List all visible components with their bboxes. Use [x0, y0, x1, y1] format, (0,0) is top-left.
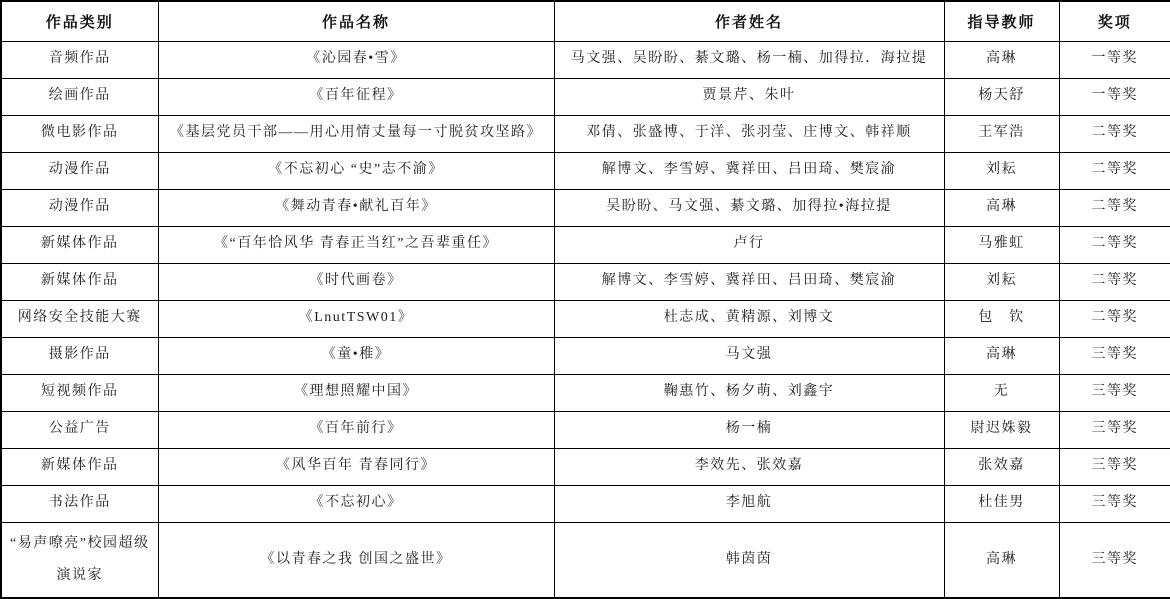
table-row: 书法作品《不忘初心》李旭航杜佳男三等奖 [1, 485, 1170, 522]
table-row: 音频作品《沁园春•雪》马文强、吴盼盼、綦文璐、杨一楠、加得拉．海拉提高琳一等奖 [1, 41, 1170, 78]
table-cell: 短视频作品 [1, 374, 158, 411]
table-cell: 二等奖 [1059, 189, 1170, 226]
table-cell: 新媒体作品 [1, 226, 158, 263]
table-row: 微电影作品《基层党员干部——用心用情丈量每一寸脱贫攻坚路》邓倩、张盛博、于洋、张… [1, 115, 1170, 152]
table-cell: 《风华百年 青春同行》 [158, 448, 554, 485]
table-cell: 网络安全技能大赛 [1, 300, 158, 337]
table-cell: 《理想照耀中国》 [158, 374, 554, 411]
table-cell: 《童•稚》 [158, 337, 554, 374]
table-cell: 绘画作品 [1, 78, 158, 115]
table-cell: 动漫作品 [1, 189, 158, 226]
document-page: 作品类别作品名称作者姓名指导教师奖项 音频作品《沁园春•雪》马文强、吴盼盼、綦文… [0, 0, 1170, 599]
table-cell: 三等奖 [1059, 337, 1170, 374]
table-cell: 《沁园春•雪》 [158, 41, 554, 78]
table-row: 网络安全技能大赛《LnutTSW01》杜志成、黄精源、刘博文包 钦二等奖 [1, 300, 1170, 337]
table-cell: 杨天舒 [944, 78, 1059, 115]
table-cell: 杜志成、黄精源、刘博文 [554, 300, 944, 337]
table-cell: 高琳 [944, 522, 1059, 598]
table-cell: 杜佳男 [944, 485, 1059, 522]
table-cell: 包 钦 [944, 300, 1059, 337]
table-cell: 公益广告 [1, 411, 158, 448]
table-cell: 《时代画卷》 [158, 263, 554, 300]
table-cell: 《百年征程》 [158, 78, 554, 115]
table-cell: 马文强 [554, 337, 944, 374]
table-cell: 吴盼盼、马文强、綦文璐、加得拉•海拉提 [554, 189, 944, 226]
table-cell: 马雅虹 [944, 226, 1059, 263]
table-cell: 二等奖 [1059, 115, 1170, 152]
table-cell: 王军浩 [944, 115, 1059, 152]
table-cell: 一等奖 [1059, 78, 1170, 115]
column-header: 作品名称 [158, 1, 554, 41]
column-header: 奖项 [1059, 1, 1170, 41]
table-cell: 新媒体作品 [1, 448, 158, 485]
table-cell: 李效先、张效嘉 [554, 448, 944, 485]
table-cell: “易声嘹亮”校园超级演说家 [1, 522, 158, 598]
table-cell: 三等奖 [1059, 411, 1170, 448]
table-row: 新媒体作品《时代画卷》解博文、李雪婷、冀祥田、吕田琦、樊宸渝刘耘二等奖 [1, 263, 1170, 300]
table-cell: 高琳 [944, 41, 1059, 78]
table-cell: 无 [944, 374, 1059, 411]
table-cell: 二等奖 [1059, 152, 1170, 189]
table-cell: 二等奖 [1059, 300, 1170, 337]
table-cell: 《以青春之我 创国之盛世》 [158, 522, 554, 598]
table-cell: 刘耘 [944, 152, 1059, 189]
table-cell: 尉迟姝毅 [944, 411, 1059, 448]
column-header: 作品类别 [1, 1, 158, 41]
table-cell: 鞠惠竹、杨夕萌、刘鑫宇 [554, 374, 944, 411]
table-body: 音频作品《沁园春•雪》马文强、吴盼盼、綦文璐、杨一楠、加得拉．海拉提高琳一等奖绘… [1, 41, 1170, 598]
table-cell: 解博文、李雪婷、冀祥田、吕田琦、樊宸渝 [554, 152, 944, 189]
table-cell: 《“百年恰风华 青春正当红”之吾辈重任》 [158, 226, 554, 263]
table-cell: 一等奖 [1059, 41, 1170, 78]
table-cell: 《基层党员干部——用心用情丈量每一寸脱贫攻坚路》 [158, 115, 554, 152]
table-cell: 张效嘉 [944, 448, 1059, 485]
table-cell: 高琳 [944, 189, 1059, 226]
table-cell: 《不忘初心 “史”志不渝》 [158, 152, 554, 189]
table-row: 动漫作品《舞动青春•献礼百年》吴盼盼、马文强、綦文璐、加得拉•海拉提高琳二等奖 [1, 189, 1170, 226]
table-cell: 贾景芹、朱叶 [554, 78, 944, 115]
table-cell: 三等奖 [1059, 522, 1170, 598]
table-row: 新媒体作品《“百年恰风华 青春正当红”之吾辈重任》卢行马雅虹二等奖 [1, 226, 1170, 263]
table-cell: 二等奖 [1059, 226, 1170, 263]
table-cell: 解博文、李雪婷、冀祥田、吕田琦、樊宸渝 [554, 263, 944, 300]
table-cell: 刘耘 [944, 263, 1059, 300]
table-cell: 韩茵茵 [554, 522, 944, 598]
table-cell: 三等奖 [1059, 374, 1170, 411]
table-cell: 卢行 [554, 226, 944, 263]
table-cell: 三等奖 [1059, 448, 1170, 485]
table-cell: 李旭航 [554, 485, 944, 522]
table-cell: 书法作品 [1, 485, 158, 522]
awards-table: 作品类别作品名称作者姓名指导教师奖项 音频作品《沁园春•雪》马文强、吴盼盼、綦文… [0, 0, 1170, 599]
table-cell: 二等奖 [1059, 263, 1170, 300]
table-cell: 《LnutTSW01》 [158, 300, 554, 337]
table-cell: 《舞动青春•献礼百年》 [158, 189, 554, 226]
table-row: 摄影作品《童•稚》马文强高琳三等奖 [1, 337, 1170, 374]
table-cell: 《不忘初心》 [158, 485, 554, 522]
table-cell: 《百年前行》 [158, 411, 554, 448]
table-cell: 音频作品 [1, 41, 158, 78]
table-cell: 三等奖 [1059, 485, 1170, 522]
table-cell: 摄影作品 [1, 337, 158, 374]
table-row: 短视频作品《理想照耀中国》鞠惠竹、杨夕萌、刘鑫宇无三等奖 [1, 374, 1170, 411]
column-header: 指导教师 [944, 1, 1059, 41]
column-header: 作者姓名 [554, 1, 944, 41]
table-cell: 新媒体作品 [1, 263, 158, 300]
table-row: 绘画作品《百年征程》贾景芹、朱叶杨天舒一等奖 [1, 78, 1170, 115]
table-header-row: 作品类别作品名称作者姓名指导教师奖项 [1, 1, 1170, 41]
table-row: 公益广告《百年前行》杨一楠尉迟姝毅三等奖 [1, 411, 1170, 448]
table-cell: 邓倩、张盛博、于洋、张羽莹、庄博文、韩祥顺 [554, 115, 944, 152]
table-cell: 高琳 [944, 337, 1059, 374]
table-cell: 动漫作品 [1, 152, 158, 189]
table-row: “易声嘹亮”校园超级演说家《以青春之我 创国之盛世》韩茵茵高琳三等奖 [1, 522, 1170, 598]
table-cell: 微电影作品 [1, 115, 158, 152]
table-cell: 杨一楠 [554, 411, 944, 448]
table-row: 新媒体作品《风华百年 青春同行》李效先、张效嘉张效嘉三等奖 [1, 448, 1170, 485]
table-cell: 马文强、吴盼盼、綦文璐、杨一楠、加得拉．海拉提 [554, 41, 944, 78]
table-row: 动漫作品《不忘初心 “史”志不渝》解博文、李雪婷、冀祥田、吕田琦、樊宸渝刘耘二等… [1, 152, 1170, 189]
